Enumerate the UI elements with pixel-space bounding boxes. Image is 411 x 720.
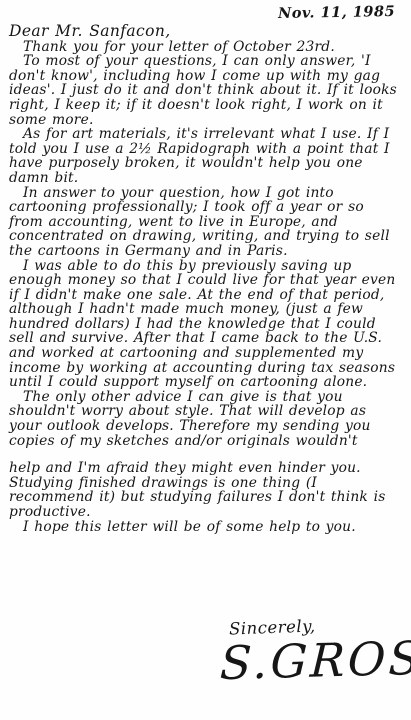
letter-paragraph: I was able to do this by previously savi… bbox=[9, 259, 403, 390]
letter-paragraph: The only other advice I can give is that… bbox=[9, 390, 403, 448]
letter-paragraph: As for art materials, it's irrelevant wh… bbox=[9, 127, 403, 185]
letter-signature: S.GROSS bbox=[219, 631, 411, 689]
letter-salutation: Dear Mr. Sanfacon, bbox=[9, 24, 403, 39]
letter-paragraph-continuation: help and I'm afraid they might even hind… bbox=[9, 461, 403, 519]
letter-paragraph: In answer to your question, how I got in… bbox=[9, 186, 403, 259]
letter-paragraph: Thank you for your letter of October 23r… bbox=[9, 40, 403, 55]
letter-body: Dear Mr. Sanfacon, Thank you for your le… bbox=[9, 24, 403, 534]
letter-page: Nov. 11, 1985 Dear Mr. Sanfacon, Thank y… bbox=[0, 0, 411, 720]
letter-paragraph: To most of your questions, I can only an… bbox=[9, 54, 403, 127]
letter-date: Nov. 11, 1985 bbox=[278, 3, 395, 22]
letter-paragraph: I hope this letter will be of some help … bbox=[9, 520, 403, 535]
